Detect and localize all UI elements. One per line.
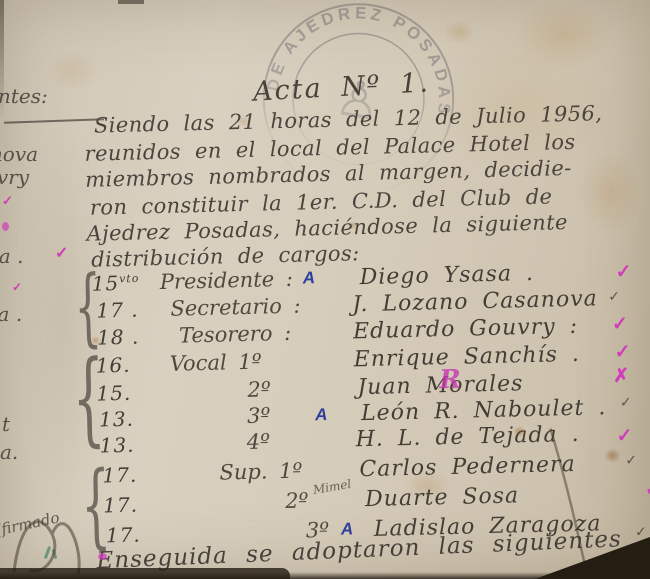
member-name: Enrique Sanchís . (353, 342, 580, 373)
pink-check-icon: ✓ (612, 313, 628, 335)
photo-edge-top-notch (118, 0, 144, 4)
acta-document-photo: DE AJEDREZ POSADAS ♙ Acta Nº 1. Siendo l… (0, 0, 650, 579)
position-label: Presidente : (159, 267, 293, 294)
position-label: 4º (246, 429, 270, 454)
ink-check-icon: ✓ (620, 395, 632, 411)
margin-number: 13. (99, 407, 134, 432)
member-name: H. L. de Tejada . (355, 422, 580, 452)
margin-number: 15vto (91, 271, 139, 296)
margin-number-sup: vto (119, 272, 140, 285)
margin-number: 13. (99, 433, 134, 458)
blue-a-mark: A (302, 268, 315, 288)
position-label: Secretario : (170, 294, 301, 321)
pink-overwritten-letter: R (439, 365, 461, 396)
position-label: 3º (247, 403, 271, 428)
position-label: Sup. 1º (219, 459, 303, 485)
ink-check-icon: ✓ (625, 452, 637, 468)
pink-check-icon: ✓ (616, 425, 632, 447)
ink-check-icon: ✓ (608, 289, 620, 305)
ink-check-icon: ✓ (635, 524, 647, 540)
margin-number: 17 . (96, 298, 139, 323)
position-label: 2º (247, 377, 271, 402)
blue-a-mark: A (315, 405, 328, 425)
pink-x-icon: ✗ (613, 365, 629, 387)
margin-number: 16. (95, 353, 130, 378)
member-name: Carlos Pedernera (359, 452, 576, 482)
pink-check-icon: ✓ (614, 341, 630, 363)
position-label: Vocal 1º (169, 350, 261, 376)
position-label: Tesorero : (179, 321, 292, 348)
member-name: J. Lozano Casanova (352, 286, 598, 317)
member-name: Duarte Sosa (365, 483, 520, 512)
margin-number: 17. (102, 463, 137, 488)
pink-check-icon: ✓ (615, 261, 631, 283)
member-name: Eduardo Gouvry : (353, 314, 579, 344)
margin-number-value: 15 (91, 271, 119, 296)
margin-number: 17. (103, 493, 138, 518)
position-label: 2º (285, 488, 309, 513)
margin-number: 15. (96, 381, 131, 406)
margin-number: 18 . (97, 325, 140, 350)
pink-check-icon: ✓ (645, 478, 650, 500)
member-name: Diego Ysasa . (359, 261, 534, 290)
margin-number: 17. (106, 523, 141, 548)
